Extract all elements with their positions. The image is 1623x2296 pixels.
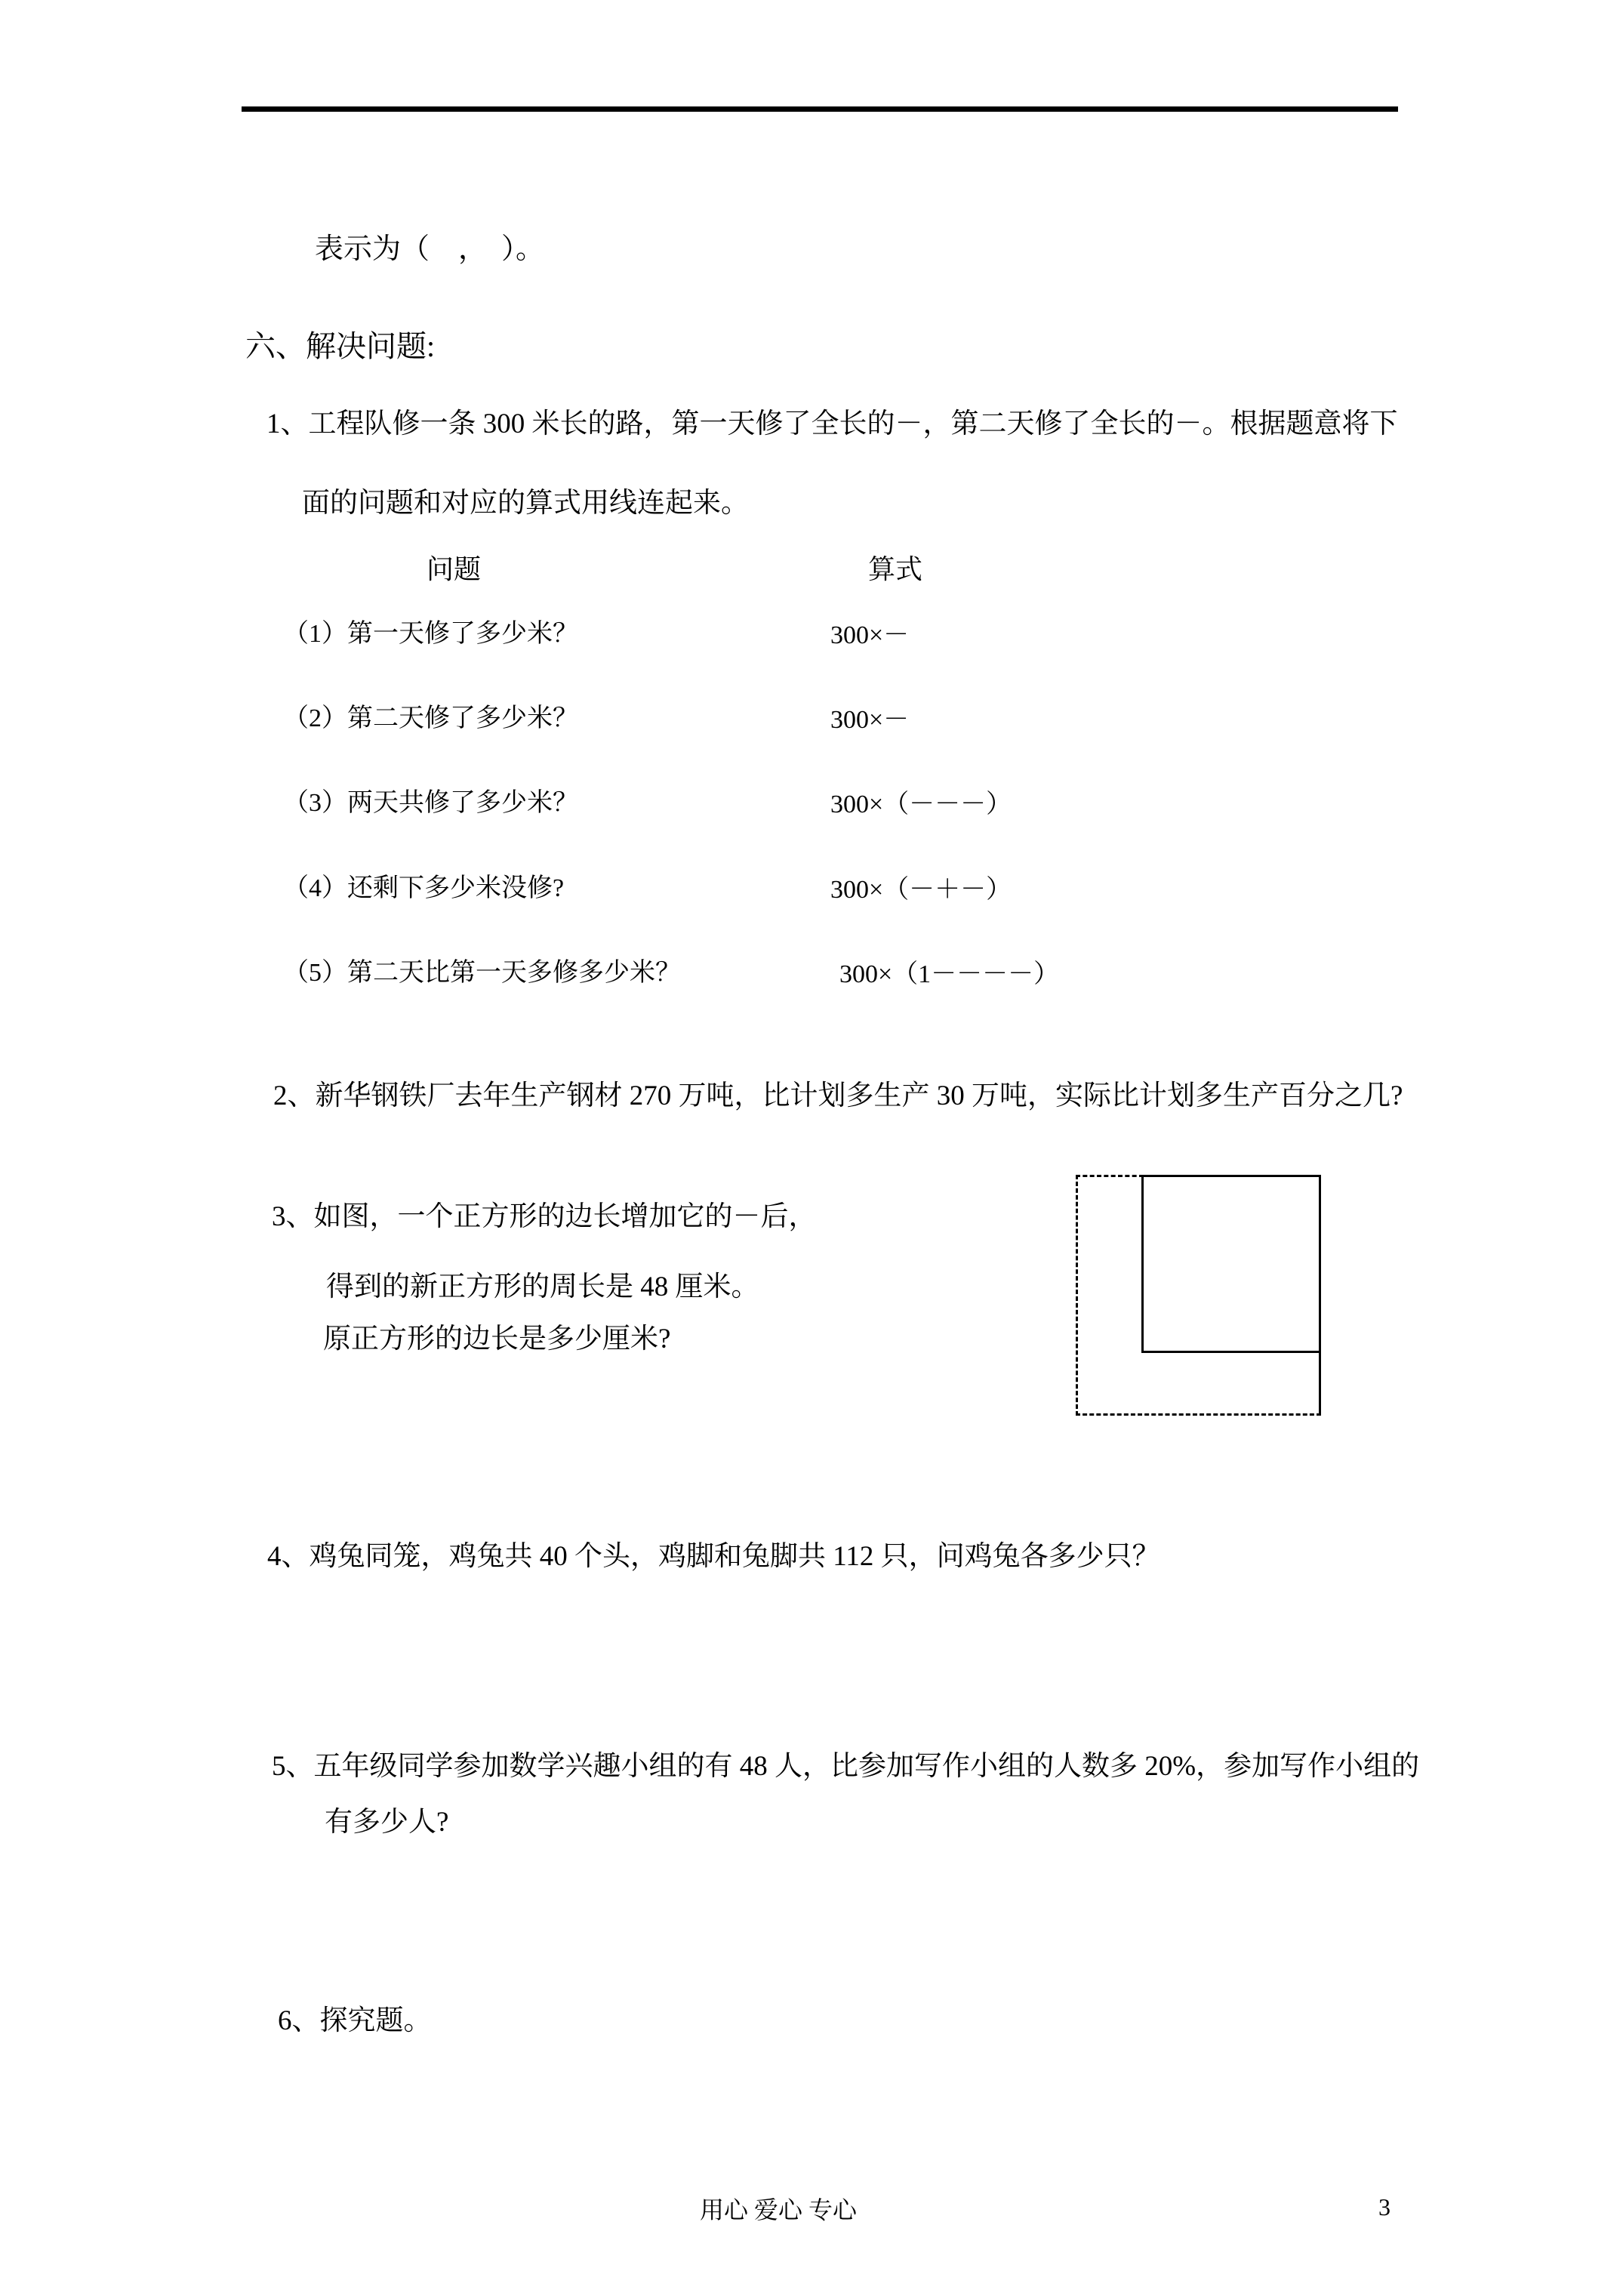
match-question: （1）第一天修了多少米？ bbox=[283, 619, 578, 650]
header-rule bbox=[242, 106, 1398, 112]
section-title: 六、解决问题: bbox=[245, 328, 435, 365]
square-diagram bbox=[1076, 1175, 1321, 1416]
problem-5-line-1: 5、五年级同学参加数学兴趣小组的有 48 人，比参加写作小组的人数多 20%，参… bbox=[272, 1750, 1419, 1783]
match-expression: 300×－ bbox=[830, 705, 909, 736]
match-question: （3）两天共修了多少米？ bbox=[283, 788, 578, 819]
original-square-solid bbox=[1141, 1175, 1321, 1353]
match-expression: 300×（－－－） bbox=[830, 790, 1012, 821]
intro-line: 表示为（ ， ）。 bbox=[315, 233, 544, 267]
problem-2-text: 2、新华钢铁厂去年生产钢材 270 万吨，比计划多生产 30 万吨，实际比计划多… bbox=[273, 1080, 1403, 1113]
worksheet-page: 表示为（ ， ）。 六、解决问题: 1、工程队修一条 300 米长的路，第一天修… bbox=[0, 0, 1623, 2296]
column-header-expression: 算式 bbox=[868, 553, 922, 586]
match-expression: 300×－ bbox=[830, 621, 909, 652]
problem-1-line-2: 面的问题和对应的算式用线连起来。 bbox=[302, 487, 749, 520]
column-header-question: 问题 bbox=[427, 553, 481, 586]
problem-6-text: 6、探究题。 bbox=[278, 2005, 432, 2038]
problem-3-line-3: 原正方形的边长是多少厘米? bbox=[323, 1323, 670, 1356]
page-number: 3 bbox=[1378, 2193, 1390, 2221]
problem-4-text: 4、鸡兔同笼，鸡兔共 40 个头，鸡脚和兔脚共 112 只，问鸡兔各多少只？ bbox=[267, 1540, 1160, 1573]
enlarged-square-dashed-top-segment bbox=[1076, 1175, 1144, 1177]
problem-5-line-2: 有多少人? bbox=[325, 1806, 448, 1839]
problem-3-line-1: 3、如图，一个正方形的边长增加它的－后， bbox=[272, 1200, 817, 1234]
footer-motto: 用心 爱心 专心 bbox=[700, 2196, 857, 2224]
match-expression: 300×（1－－－－） bbox=[839, 960, 1059, 991]
match-question: （2）第二天修了多少米？ bbox=[283, 704, 578, 735]
solid-right-edge-extension bbox=[1319, 1353, 1321, 1416]
enlarged-square-dashed-left-edge bbox=[1076, 1175, 1078, 1416]
match-expression: 300×（－＋－） bbox=[830, 875, 1012, 906]
problem-1-line-1: 1、工程队修一条 300 米长的路，第一天修了全长的－，第二天修了全长的－。根据… bbox=[266, 408, 1398, 441]
problem-3-line-2: 得到的新正方形的周长是 48 厘米。 bbox=[326, 1271, 759, 1304]
match-question: （5）第二天比第一天多修多少米？ bbox=[283, 958, 681, 989]
match-question: （4）还剩下多少米没修? bbox=[283, 874, 564, 905]
enlarged-square-dashed-bottom-edge bbox=[1076, 1413, 1321, 1416]
